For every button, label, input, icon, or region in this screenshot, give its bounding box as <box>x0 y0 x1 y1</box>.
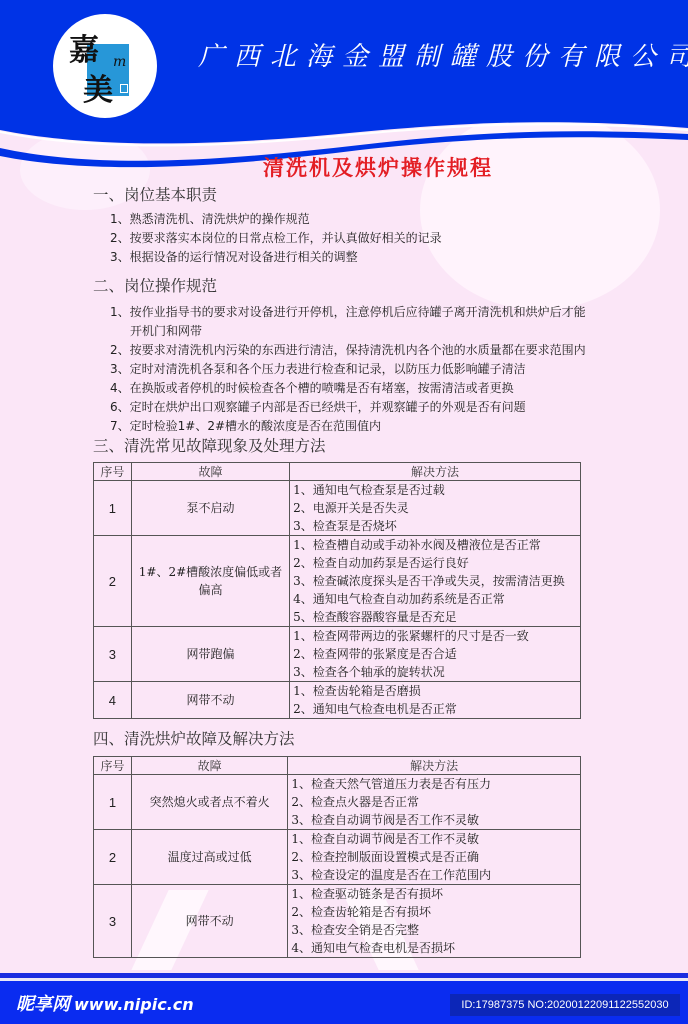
row-number: 3 <box>94 627 132 682</box>
column-header: 故障 <box>131 463 289 481</box>
solution-item: 1、检查网带两边的张紧螺杆的尺寸是否一致 <box>293 627 577 645</box>
solution-item: 4、通知电气检查自动加药系统是否正常 <box>293 590 577 608</box>
column-header: 序号 <box>94 757 132 775</box>
site-brand-name: 昵享网 <box>16 994 70 1015</box>
list-item: 3、定时对清洗机各泵和各个压力表进行检查和记录，以防压力低影响罐子清洁 <box>110 360 586 379</box>
column-header: 解决方法 <box>290 463 581 481</box>
list-item: 4、在换版或者停机的时候检查各个槽的喷嘴是否有堵塞，按需清洁或者更换 <box>110 379 586 398</box>
solution-item: 4、通知电气检查电机是否损坏 <box>291 939 577 957</box>
solution-cell: 1、检查驱动链条是否有损坏 2、检查齿轮箱是否有损坏 3、检查安全销是否完整 4… <box>288 885 581 958</box>
solution-item: 5、检查酸容器酸容量是否充足 <box>293 608 577 626</box>
washer-faults-table: 序号 故障 解决方法 1 泵不启动 1、通知电气检查泵是否过载 2、电源开关是否… <box>93 462 581 719</box>
solution-cell: 1、检查自动调节阀是否工作不灵敏 2、检查控制版面设置模式是否正确 3、检查设定… <box>288 830 581 885</box>
solution-item: 3、检查泵是否烧坏 <box>293 517 577 535</box>
row-number: 4 <box>94 682 132 719</box>
solution-item: 3、检查设定的温度是否在工作范围内 <box>291 866 577 884</box>
list-item: 2、按要求落实本岗位的日常点检工作，并认真做好相关的记录 <box>110 229 442 248</box>
logo-char: 美 <box>83 76 113 106</box>
list-item: 1、按作业指导书的要求对设备进行开停机，注意停机后应待罐子离开清洗机和烘炉后才能 <box>110 303 586 322</box>
solution-item: 3、检查安全销是否完整 <box>291 921 577 939</box>
company-logo: 嘉 美 m <box>53 14 157 118</box>
solution-item: 2、检查自动加药泵是否运行良好 <box>293 554 577 572</box>
table-row: 3 网带不动 1、检查驱动链条是否有损坏 2、检查齿轮箱是否有损坏 3、检查安全… <box>94 885 581 958</box>
column-header: 解决方法 <box>288 757 581 775</box>
section-heading-oven-faults: 四、清洗烘炉故障及解决方法 <box>93 727 295 749</box>
list-item-continuation: 开机门和网带 <box>110 322 586 341</box>
operations-list: 1、按作业指导书的要求对设备进行开停机，注意停机后应待罐子离开清洗机和烘炉后才能… <box>110 303 586 436</box>
table-header-row: 序号 故障 解决方法 <box>94 463 581 481</box>
solution-item: 3、检查自动调节阀是否工作不灵敏 <box>291 811 577 829</box>
solution-item: 1、检查自动调节阀是否工作不灵敏 <box>291 830 577 848</box>
row-number: 1 <box>94 481 132 536</box>
solution-cell: 1、通知电气检查泵是否过载 2、电源开关是否失灵 3、检查泵是否烧坏 <box>290 481 581 536</box>
fault-cell: 泵不启动 <box>131 481 289 536</box>
table-row: 1 突然熄火或者点不着火 1、检查天然气管道压力表是否有压力 2、检查点火器是否… <box>94 775 581 830</box>
solution-item: 3、检查碱浓度探头是否干净或失灵，按需清洁更换 <box>293 572 577 590</box>
fault-cell: 1#、2#槽酸浓度偏低或者偏高 <box>131 536 289 627</box>
row-number: 3 <box>94 885 132 958</box>
duties-list: 1、熟悉清洗机、清洗烘炉的操作规范 2、按要求落实本岗位的日常点检工作，并认真做… <box>110 210 442 267</box>
header-banner: 嘉 美 m 广西北海金盟制罐股份有限公司 <box>0 0 688 170</box>
solution-item: 2、检查点火器是否正常 <box>291 793 577 811</box>
company-name: 广西北海金盟制罐股份有限公司 <box>198 36 688 73</box>
table-row: 1 泵不启动 1、通知电气检查泵是否过载 2、电源开关是否失灵 3、检查泵是否烧… <box>94 481 581 536</box>
solution-item: 2、通知电气检查电机是否正常 <box>293 700 577 718</box>
logo-char: 嘉 <box>69 36 99 66</box>
logo-seal-icon <box>120 84 128 93</box>
oven-faults-table: 序号 故障 解决方法 1 突然熄火或者点不着火 1、检查天然气管道压力表是否有压… <box>93 756 581 958</box>
section-heading-washer-faults: 三、清洗常见故障现象及处理方法 <box>93 434 326 456</box>
page-title: 清洗机及烘炉操作规程 <box>0 152 688 182</box>
solution-cell: 1、检查网带两边的张紧螺杆的尺寸是否一致 2、检查网带的张紧度是否合适 3、检查… <box>290 627 581 682</box>
list-item: 6、定时在烘炉出口观察罐子内部是否已经烘干，并观察罐子的外观是否有问题 <box>110 398 586 417</box>
section-heading-operations: 二、岗位操作规范 <box>93 274 217 296</box>
table-header-row: 序号 故障 解决方法 <box>94 757 581 775</box>
solution-item: 2、检查控制版面设置模式是否正确 <box>291 848 577 866</box>
column-header: 故障 <box>131 757 287 775</box>
solution-item: 1、通知电气检查泵是否过载 <box>293 481 577 499</box>
fault-cell: 网带不动 <box>131 885 287 958</box>
list-item: 3、根据设备的运行情况对设备进行相关的调整 <box>110 248 442 267</box>
row-number: 1 <box>94 775 132 830</box>
solution-item: 1、检查天然气管道压力表是否有压力 <box>291 775 577 793</box>
row-number: 2 <box>94 830 132 885</box>
solution-item: 3、检查各个轴承的旋转状况 <box>293 663 577 681</box>
site-brand[interactable]: 昵享网www.nipic.cn <box>16 990 194 1016</box>
logo-mark: m <box>113 54 126 70</box>
footer-watermark-bar: 昵享网www.nipic.cn ID:17987375 NO:202001220… <box>0 968 688 1024</box>
site-url: www.nipic.cn <box>74 995 194 1014</box>
list-item: 2、按要求对清洗机内污染的东西进行清洁，保持清洗机内各个池的水质量都在要求范围内 <box>110 341 586 360</box>
fault-cell: 网带跑偏 <box>131 627 289 682</box>
solution-item: 1、检查驱动链条是否有损坏 <box>291 885 577 903</box>
solution-item: 2、电源开关是否失灵 <box>293 499 577 517</box>
image-id-label: ID:17987375 NO:20200122091122552030 <box>450 994 680 1016</box>
fault-cell: 网带不动 <box>131 682 289 719</box>
solution-item: 2、检查齿轮箱是否有损坏 <box>291 903 577 921</box>
table-row: 2 1#、2#槽酸浓度偏低或者偏高 1、检查槽自动或手动补水阀及槽液位是否正常 … <box>94 536 581 627</box>
solution-cell: 1、检查天然气管道压力表是否有压力 2、检查点火器是否正常 3、检查自动调节阀是… <box>288 775 581 830</box>
solution-cell: 1、检查槽自动或手动补水阀及槽液位是否正常 2、检查自动加药泵是否运行良好 3、… <box>290 536 581 627</box>
fault-cell: 突然熄火或者点不着火 <box>131 775 287 830</box>
fault-cell: 温度过高或过低 <box>131 830 287 885</box>
table-row: 4 网带不动 1、检查齿轮箱是否磨损 2、通知电气检查电机是否正常 <box>94 682 581 719</box>
row-number: 2 <box>94 536 132 627</box>
solution-item: 1、检查槽自动或手动补水阀及槽液位是否正常 <box>293 536 577 554</box>
solution-item: 2、检查网带的张紧度是否合适 <box>293 645 577 663</box>
column-header: 序号 <box>94 463 132 481</box>
solution-item: 1、检查齿轮箱是否磨损 <box>293 682 577 700</box>
section-heading-duties: 一、岗位基本职责 <box>93 183 217 205</box>
table-row: 2 温度过高或过低 1、检查自动调节阀是否工作不灵敏 2、检查控制版面设置模式是… <box>94 830 581 885</box>
solution-cell: 1、检查齿轮箱是否磨损 2、通知电气检查电机是否正常 <box>290 682 581 719</box>
list-item: 1、熟悉清洗机、清洗烘炉的操作规范 <box>110 210 442 229</box>
table-row: 3 网带跑偏 1、检查网带两边的张紧螺杆的尺寸是否一致 2、检查网带的张紧度是否… <box>94 627 581 682</box>
